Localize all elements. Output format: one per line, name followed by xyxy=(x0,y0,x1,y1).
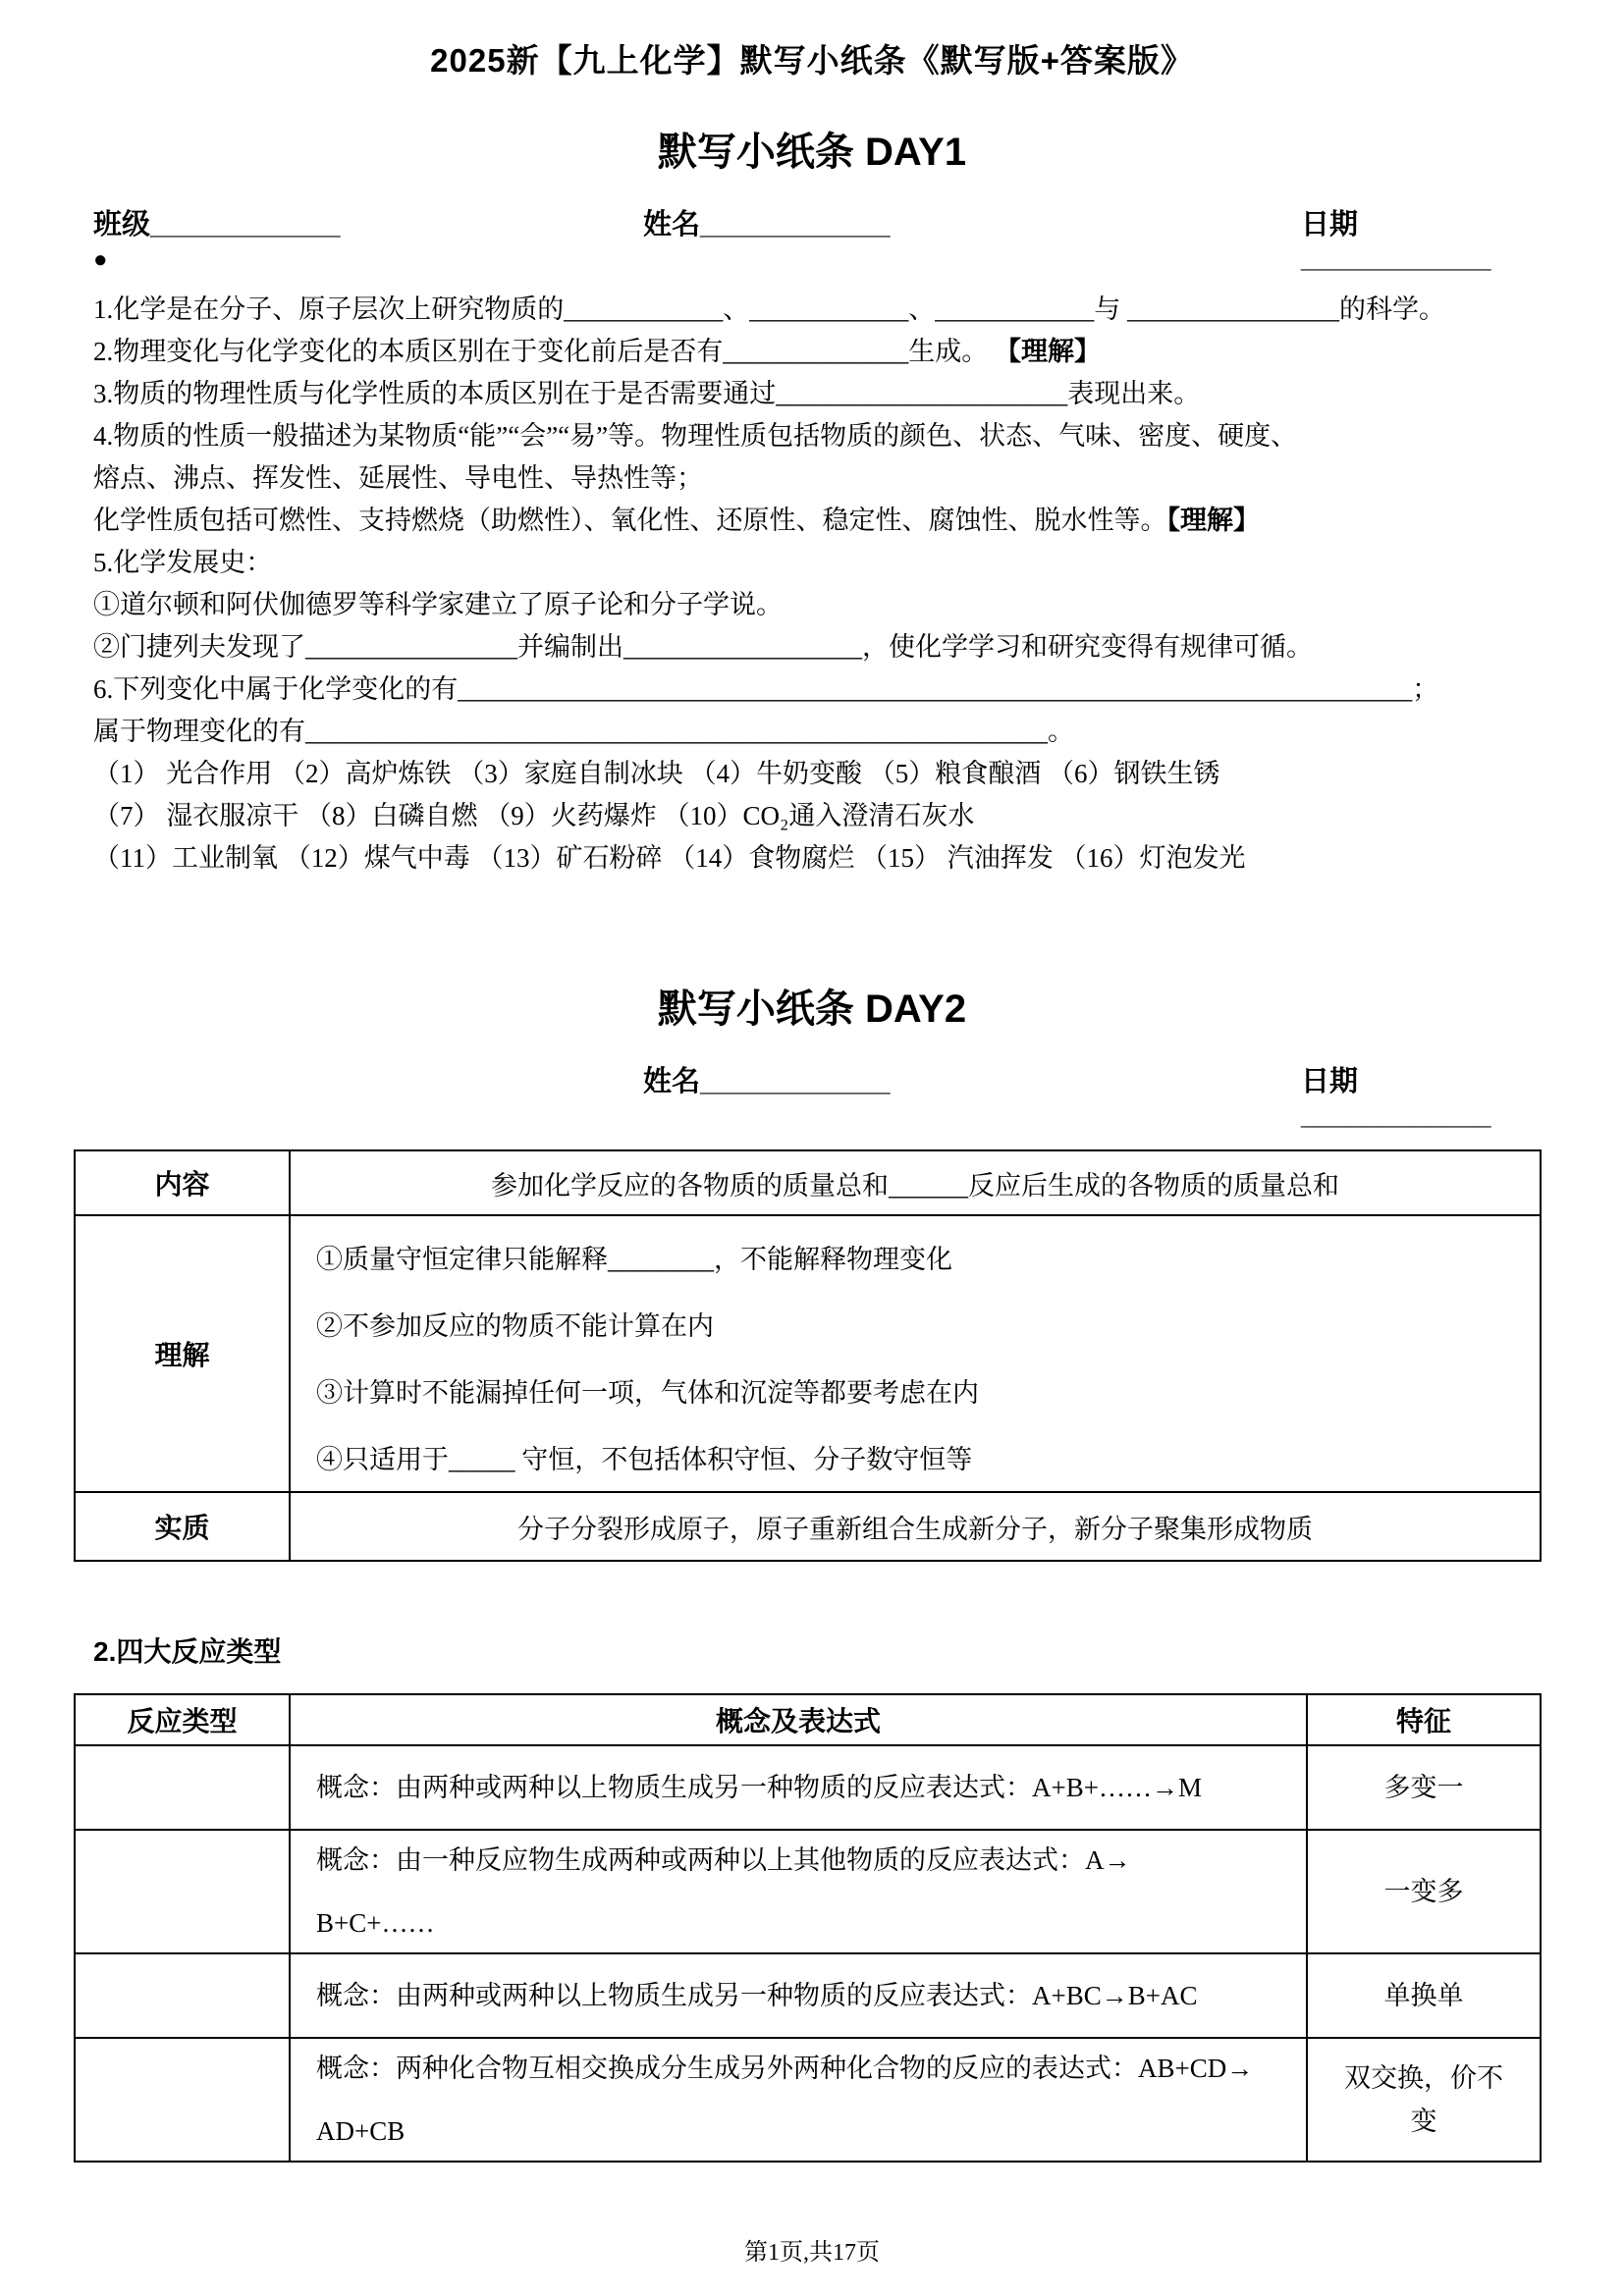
section-heading: 2.四大反应类型 xyxy=(93,1630,1531,1670)
row-content-cell: 分子分裂形成原子，原子重新组合生成新分子，新分子聚集形成物质 xyxy=(290,1492,1541,1561)
feature-cell: 单换单 xyxy=(1307,1953,1541,2038)
row-label: 内容 xyxy=(75,1150,290,1215)
feature-cell: 多变一 xyxy=(1307,1745,1541,1830)
day2-fields-row: 姓名____________ 日期____________ xyxy=(93,1059,1531,1104)
question-line: ②门捷列夫发现了________________并编制出____________… xyxy=(93,626,1531,668)
question-line: 6.下列变化中属于化学变化的有_________________________… xyxy=(93,668,1531,711)
question-text: 2.物理变化与化学变化的本质区别在于变化前后是否有______________生… xyxy=(93,337,995,366)
question-text: 熔点、沸点、挥发性、延展性、导电性、导热性等； xyxy=(93,463,703,493)
table-row: 概念：由两种或两种以上物质生成另一种物质的反应表达式：A+BC→B+AC 单换单 xyxy=(75,1953,1541,2038)
question-text: 4.物质的性质一般描述为某物质“能”“会”“易”等。物理性质包括物质的颜色、状态… xyxy=(93,421,1297,451)
row-content-cell: ①质量守恒定律只能解释________，不能解释物理变化 ②不参加反应的物质不能… xyxy=(290,1215,1541,1492)
feature-cell: 一变多 xyxy=(1307,1830,1541,1953)
table-row: 理解 ①质量守恒定律只能解释________，不能解释物理变化 ②不参加反应的物… xyxy=(75,1215,1541,1492)
type-blank-cell xyxy=(75,1745,290,1830)
type-blank-cell xyxy=(75,1953,290,2038)
table-row: 概念：由一种反应物生成两种或两种以上其他物质的反应表达式：A→ B+C+…… 一… xyxy=(75,1830,1541,1953)
question-text: ②门捷列夫发现了________________并编制出____________… xyxy=(93,632,1313,662)
day1-heading: 默写小纸条 DAY1 xyxy=(93,121,1531,177)
concept-line: 概念：由两种或两种以上物质生成另一种物质的反应表达式：A+BC→B+AC xyxy=(316,1976,1296,2015)
concept-cell: 概念：两种化合物互相交换成分生成另外两种化合物的反应的表达式：AB+CD→ AD… xyxy=(290,2038,1307,2162)
row-label: 实质 xyxy=(75,1492,290,1561)
question-line: 2.物理变化与化学变化的本质区别在于变化前后是否有______________生… xyxy=(93,331,1531,373)
question-line: ①道尔顿和阿伏伽德罗等科学家建立了原子论和分子学说。 xyxy=(93,584,1531,626)
question-line: （11）工业制氧 （12）煤气中毒 （13）矿石粉碎 （14）食物腐烂 （15）… xyxy=(93,837,1531,880)
table-row: 概念：由两种或两种以上物质生成另一种物质的反应表达式：A+B+……→M 多变一 xyxy=(75,1745,1541,1830)
reaction-types-table: 反应类型 概念及表达式 特征 概念：由两种或两种以上物质生成另一种物质的反应表达… xyxy=(74,1693,1542,2163)
date-field: 日期____________ xyxy=(1301,202,1531,275)
question-text: 5.化学发展史： xyxy=(93,548,272,577)
header-reaction-type: 反应类型 xyxy=(75,1694,290,1745)
question-text: （7） 湿衣服凉干 （8）白磷自燃 （9）火药爆炸 （10）CO₂通入澄清石灰水 xyxy=(93,801,974,830)
header-feature: 特征 xyxy=(1307,1694,1541,1745)
type-blank-cell xyxy=(75,2038,290,2162)
concept-cell: 概念：由一种反应物生成两种或两种以上其他物质的反应表达式：A→ B+C+…… xyxy=(290,1830,1307,1953)
document-title: 2025新【九上化学】默写小纸条《默写版+答案版》 xyxy=(93,35,1531,81)
concept-cell: 概念：由两种或两种以上物质生成另一种物质的反应表达式：A+B+……→M xyxy=(290,1745,1307,1830)
understand-point: ③计算时不能漏掉任何一项，气体和沉淀等都要考虑在内 xyxy=(316,1373,1530,1413)
table-header-row: 反应类型 概念及表达式 特征 xyxy=(75,1694,1541,1745)
question-line: 3.物质的物理性质与化学性质的本质区别在于是否需要通过_____________… xyxy=(93,373,1531,415)
question-text: ①道尔顿和阿伏伽德罗等科学家建立了原子论和分子学说。 xyxy=(93,590,783,619)
concept-line: 概念：由一种反应物生成两种或两种以上其他物质的反应表达式：A→ xyxy=(316,1841,1296,1880)
question-text: 1.化学是在分子、原子层次上研究物质的____________、________… xyxy=(93,294,1445,324)
day1-fields-row: 班级____________ 姓名____________ 日期________… xyxy=(93,202,1531,247)
day2-heading: 默写小纸条 DAY2 xyxy=(93,978,1531,1034)
concept-line: 概念：两种化合物互相交换成分生成另外两种化合物的反应的表达式：AB+CD→ xyxy=(316,2049,1296,2088)
header-concept: 概念及表达式 xyxy=(290,1694,1307,1745)
understand-point: ④只适用于_____ 守恒，不包括体积守恒、分子数守恒等 xyxy=(316,1440,1530,1479)
question-text: （1） 光合作用 （2）高炉炼铁 （3）家庭自制冰块 （4）牛奶变酸 （5）粮食… xyxy=(93,759,1220,788)
understand-point: ①质量守恒定律只能解释________，不能解释物理变化 xyxy=(316,1240,1530,1279)
worksheet-page: 2025新【九上化学】默写小纸条《默写版+答案版》 默写小纸条 DAY1 班级_… xyxy=(0,0,1624,2296)
date-field-day2: 日期____________ xyxy=(1301,1059,1531,1132)
question-text: 6.下列变化中属于化学变化的有_________________________… xyxy=(93,674,1438,704)
question-text: 化学性质包括可燃性、支持燃烧（助燃性）、氧化性、还原性、稳定性、腐蚀性、脱水性等… xyxy=(93,506,1167,535)
class-field: 班级____________ xyxy=(93,202,341,242)
table-row: 实质 分子分裂形成原子，原子重新组合生成新分子，新分子聚集形成物质 xyxy=(75,1492,1541,1561)
concept-line: B+C+…… xyxy=(316,1903,1296,1943)
concept-line: AD+CB xyxy=(316,2111,1296,2151)
row-label: 理解 xyxy=(75,1215,290,1492)
question-line: 4.物质的性质一般描述为某物质“能”“会”“易”等。物理性质包括物质的颜色、状态… xyxy=(93,415,1531,457)
name-field: 姓名____________ xyxy=(643,202,891,242)
feature-cell: 双交换，价不变 xyxy=(1307,2038,1541,2162)
question-line: 5.化学发展史： xyxy=(93,542,1531,584)
question-line: 熔点、沸点、挥发性、延展性、导电性、导热性等； xyxy=(93,457,1531,500)
concept-cell: 概念：由两种或两种以上物质生成另一种物质的反应表达式：A+BC→B+AC xyxy=(290,1953,1307,2038)
mass-conservation-table: 内容 参加化学反应的各物质的质量总和______反应后生成的各物质的质量总和 理… xyxy=(74,1149,1542,1562)
comprehension-tag: 【理解】 xyxy=(1167,506,1261,535)
question-line: 属于物理变化的有________________________________… xyxy=(93,711,1531,753)
question-line: 1.化学是在分子、原子层次上研究物质的____________、________… xyxy=(93,289,1531,331)
question-text: 属于物理变化的有________________________________… xyxy=(93,717,1074,746)
page-footer: 第1页,共17页 xyxy=(0,2232,1624,2267)
concept-line: 概念：由两种或两种以上物质生成另一种物质的反应表达式：A+B+……→M xyxy=(316,1768,1296,1807)
row-content-cell: 参加化学反应的各物质的质量总和______反应后生成的各物质的质量总和 xyxy=(290,1150,1541,1215)
question-line: （7） 湿衣服凉干 （8）白磷自燃 （9）火药爆炸 （10）CO₂通入澄清石灰水 xyxy=(93,795,1531,837)
type-blank-cell xyxy=(75,1830,290,1953)
comprehension-tag: 【理解】 xyxy=(995,337,1101,366)
question-text: 3.物质的物理性质与化学性质的本质区别在于是否需要通过_____________… xyxy=(93,379,1200,408)
name-field-day2: 姓名____________ xyxy=(643,1059,891,1099)
question-text: （11）工业制氧 （12）煤气中毒 （13）矿石粉碎 （14）食物腐烂 （15）… xyxy=(93,843,1246,873)
understand-point: ②不参加反应的物质不能计算在内 xyxy=(316,1307,1530,1346)
question-line: （1） 光合作用 （2）高炉炼铁 （3）家庭自制冰块 （4）牛奶变酸 （5）粮食… xyxy=(93,753,1531,795)
table-row: 内容 参加化学反应的各物质的质量总和______反应后生成的各物质的质量总和 xyxy=(75,1150,1541,1215)
table-row: 概念：两种化合物互相交换成分生成另外两种化合物的反应的表达式：AB+CD→ AD… xyxy=(75,2038,1541,2162)
question-line: 化学性质包括可燃性、支持燃烧（助燃性）、氧化性、还原性、稳定性、腐蚀性、脱水性等… xyxy=(93,500,1531,542)
